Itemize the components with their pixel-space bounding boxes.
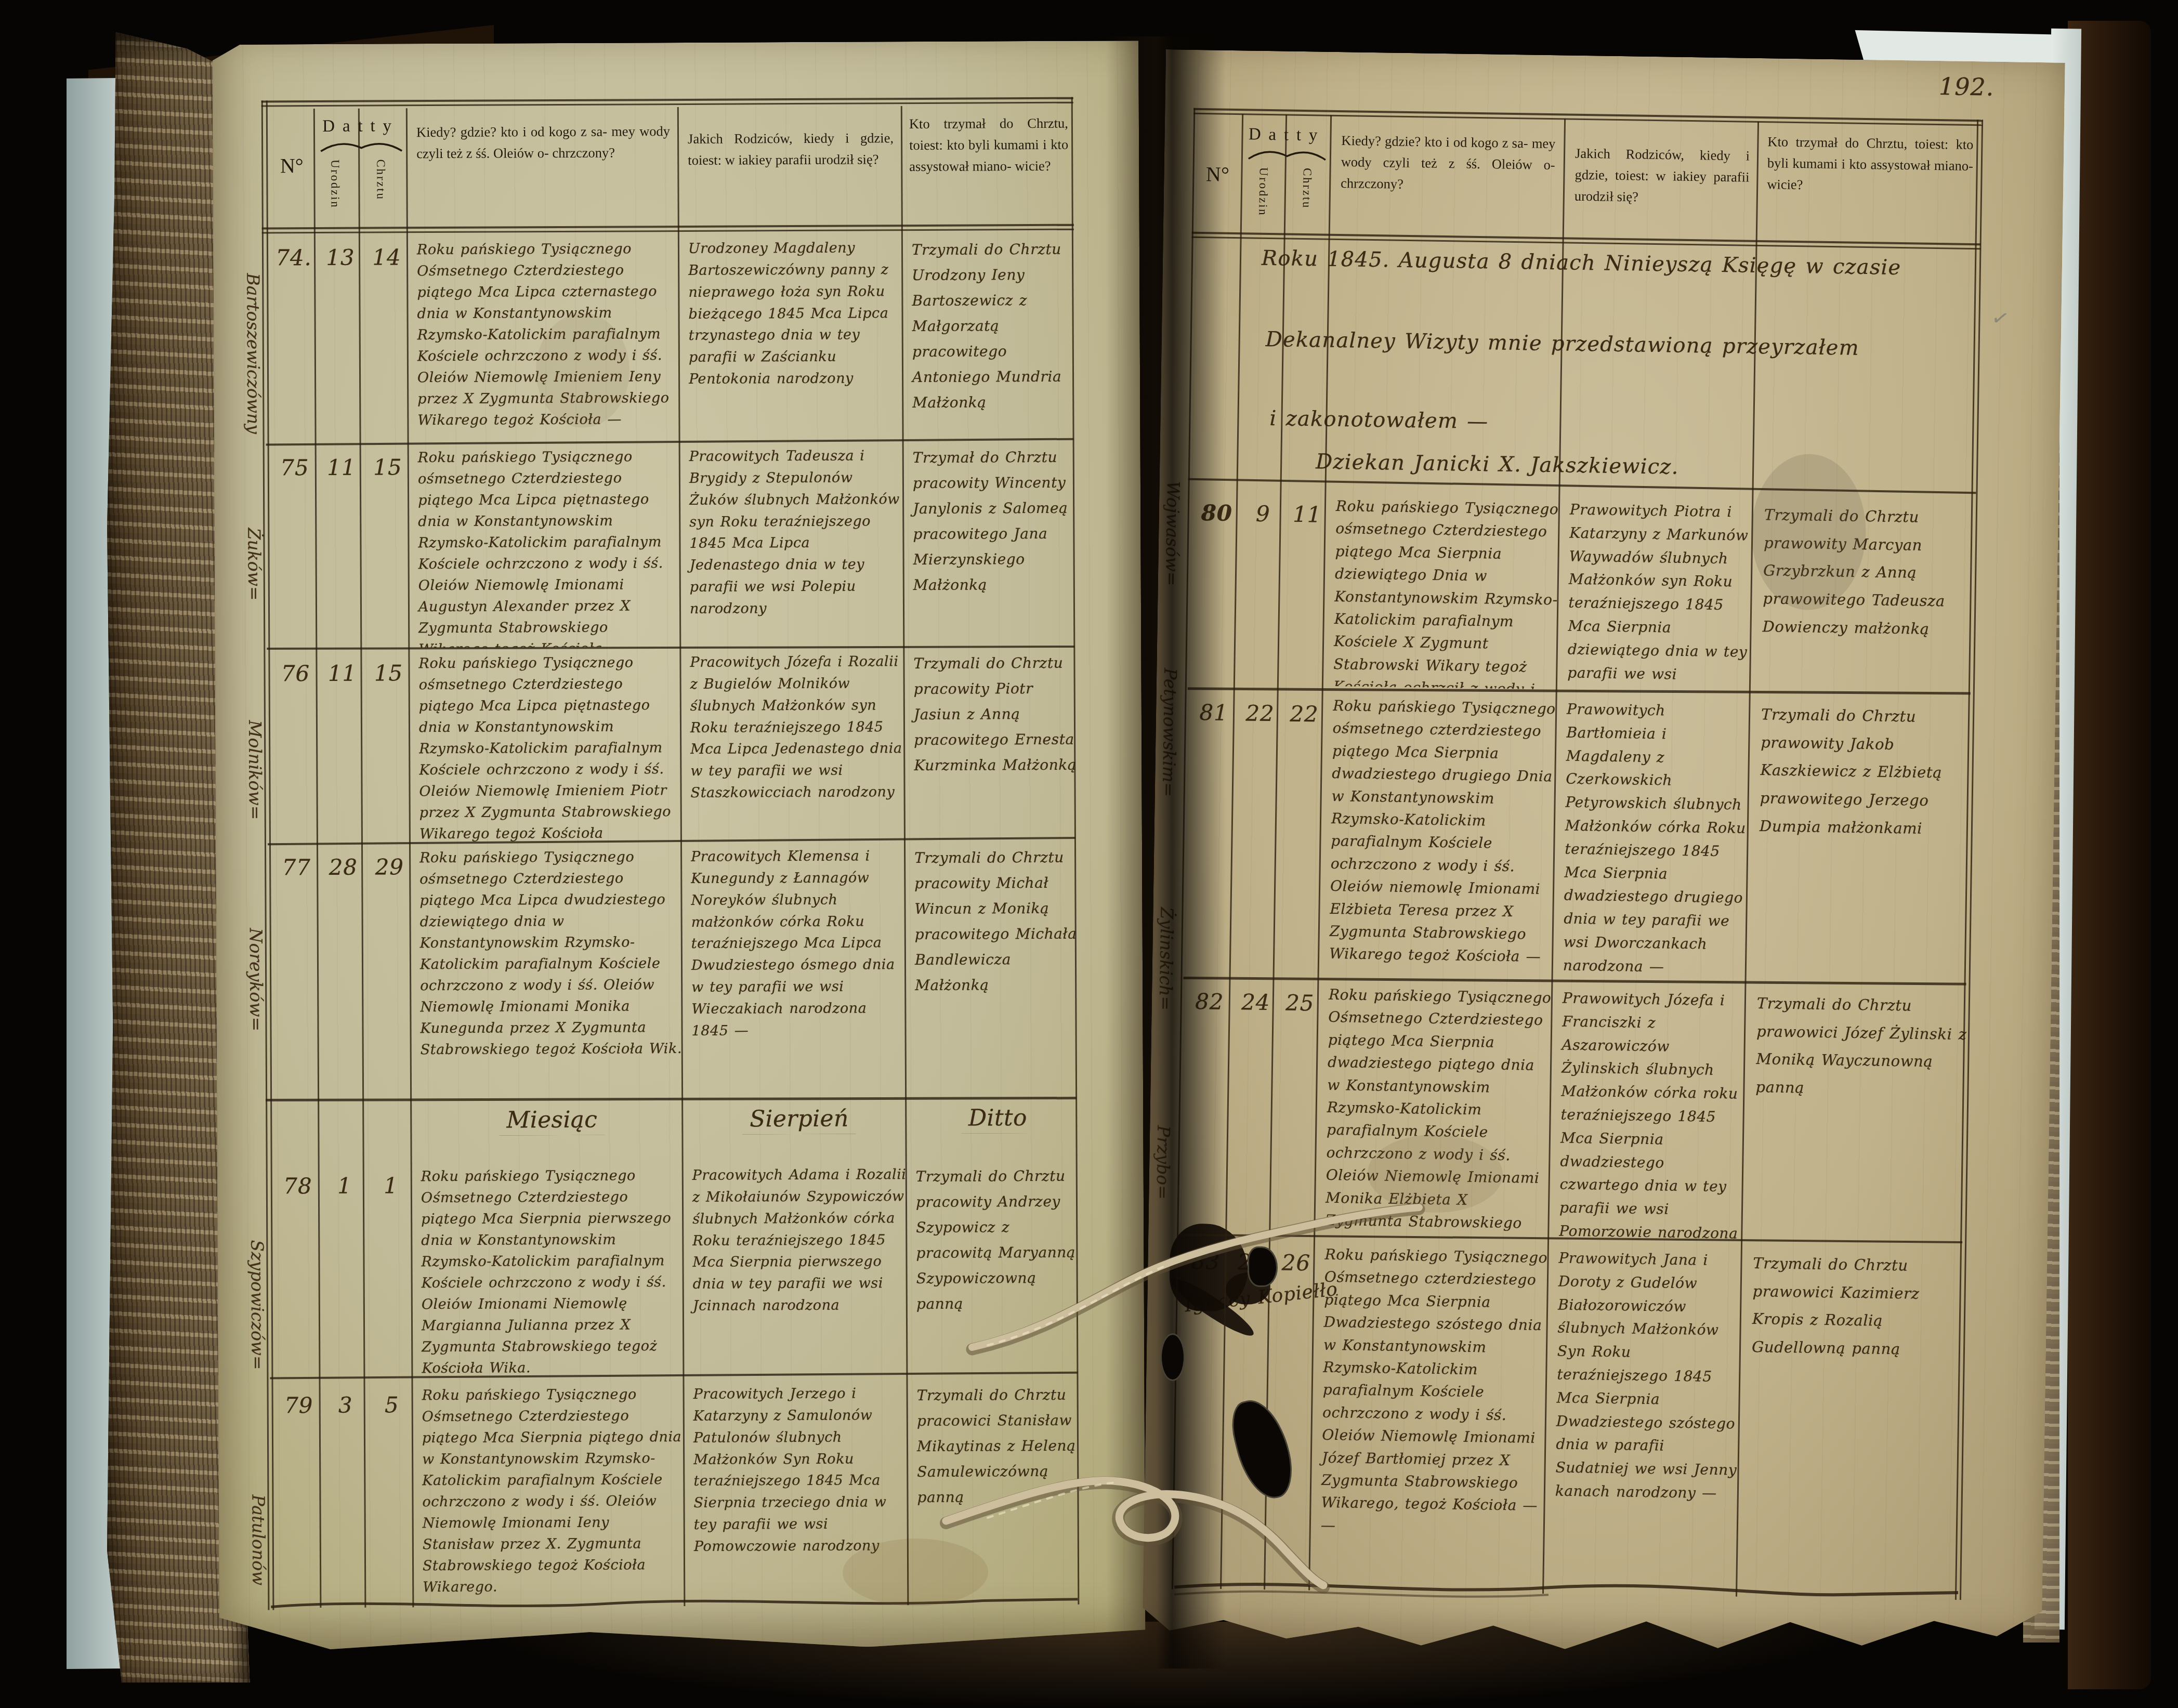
- right-page: 192. Wojwasów= Petynowskim= Żylinskich= …: [1142, 49, 2065, 1659]
- parish-register-scan: Bartoszewiczówny Żuków= Molników= Noreyk…: [0, 0, 2178, 1708]
- book-cover-right: [2068, 21, 2151, 1689]
- left-page: Bartoszewiczówny Żuków= Molników= Noreyk…: [212, 41, 1145, 1650]
- paper-hole: [1160, 1333, 1185, 1381]
- wavy-rule: [1142, 49, 2065, 1659]
- paper-hole: [1248, 1246, 1278, 1287]
